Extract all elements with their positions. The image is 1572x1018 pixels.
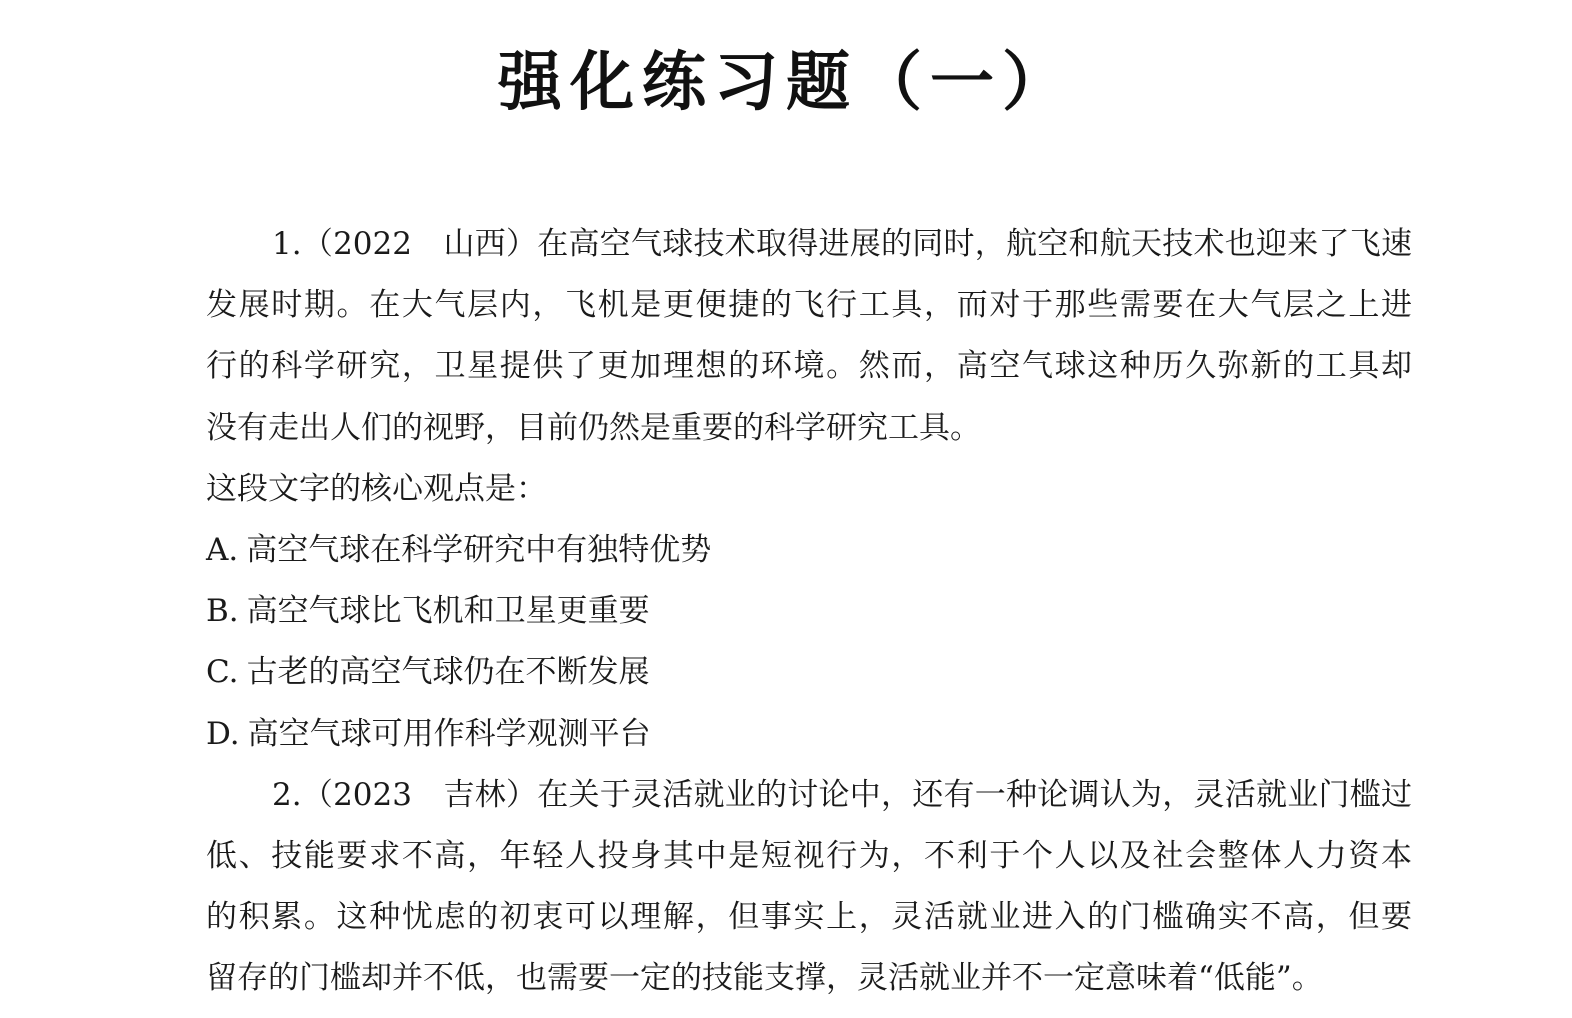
passage-line: 1.（2022 山西）在高空气球技术取得进展的同时，航空和航天技术也迎来了飞速 — [140, 214, 1412, 275]
option-text: 古老的高空气球仍在不断发展 — [246, 654, 649, 690]
option-a[interactable]: A.高空气球在科学研究中有独特优势 — [140, 520, 1412, 581]
passage-line: 的积累。这种忧虑的初衷可以理解，但事实上，灵活就业进入的门槛确实不高，但要 — [140, 887, 1412, 948]
option-c[interactable]: C.古老的高空气球仍在不断发展 — [140, 642, 1412, 703]
option-text: 高空气球可用作科学观测平台 — [248, 716, 651, 752]
option-letter: A. — [206, 532, 238, 568]
option-d[interactable]: D.高空气球可用作科学观测平台 — [140, 704, 1412, 765]
document-body: 1.（2022 山西）在高空气球技术取得进展的同时，航空和航天技术也迎来了飞速 … — [140, 214, 1412, 1010]
passage-line: 低、技能要求不高，年轻人投身其中是短视行为，不利于个人以及社会整体人力资本 — [140, 826, 1412, 887]
option-text: 高空气球在科学研究中有独特优势 — [246, 532, 711, 568]
question-1-passage: 1.（2022 山西）在高空气球技术取得进展的同时，航空和航天技术也迎来了飞速 … — [140, 214, 1412, 459]
option-b[interactable]: B.高空气球比飞机和卫星更重要 — [140, 581, 1412, 642]
passage-line: 2.（2023 吉林）在关于灵活就业的讨论中，还有一种论调认为，灵活就业门槛过 — [140, 765, 1412, 826]
option-letter: C. — [206, 654, 238, 690]
option-text: 高空气球比飞机和卫星更重要 — [247, 593, 650, 629]
question-1-options: A.高空气球在科学研究中有独特优势 B.高空气球比飞机和卫星更重要 C.古老的高… — [140, 520, 1412, 765]
question-2-passage: 2.（2023 吉林）在关于灵活就业的讨论中，还有一种论调认为，灵活就业门槛过 … — [140, 765, 1412, 1010]
option-letter: B. — [206, 593, 239, 629]
passage-line: 留存的门槛却并不低，也需要一定的技能支撑，灵活就业并不一定意味着“低能”。 — [140, 948, 1412, 1009]
passage-line: 没有走出人们的视野，目前仍然是重要的科学研究工具。 — [140, 398, 1412, 459]
page-title: 强化练习题（一） — [0, 38, 1572, 128]
option-letter: D. — [206, 716, 240, 752]
passage-line: 发展时期。在大气层内，飞机是更便捷的飞行工具，而对于那些需要在大气层之上进 — [140, 275, 1412, 336]
passage-line: 行的科学研究，卫星提供了更加理想的环境。然而，高空气球这种历久弥新的工具却 — [140, 336, 1412, 397]
question-1-prompt: 这段文字的核心观点是： — [140, 459, 1412, 520]
